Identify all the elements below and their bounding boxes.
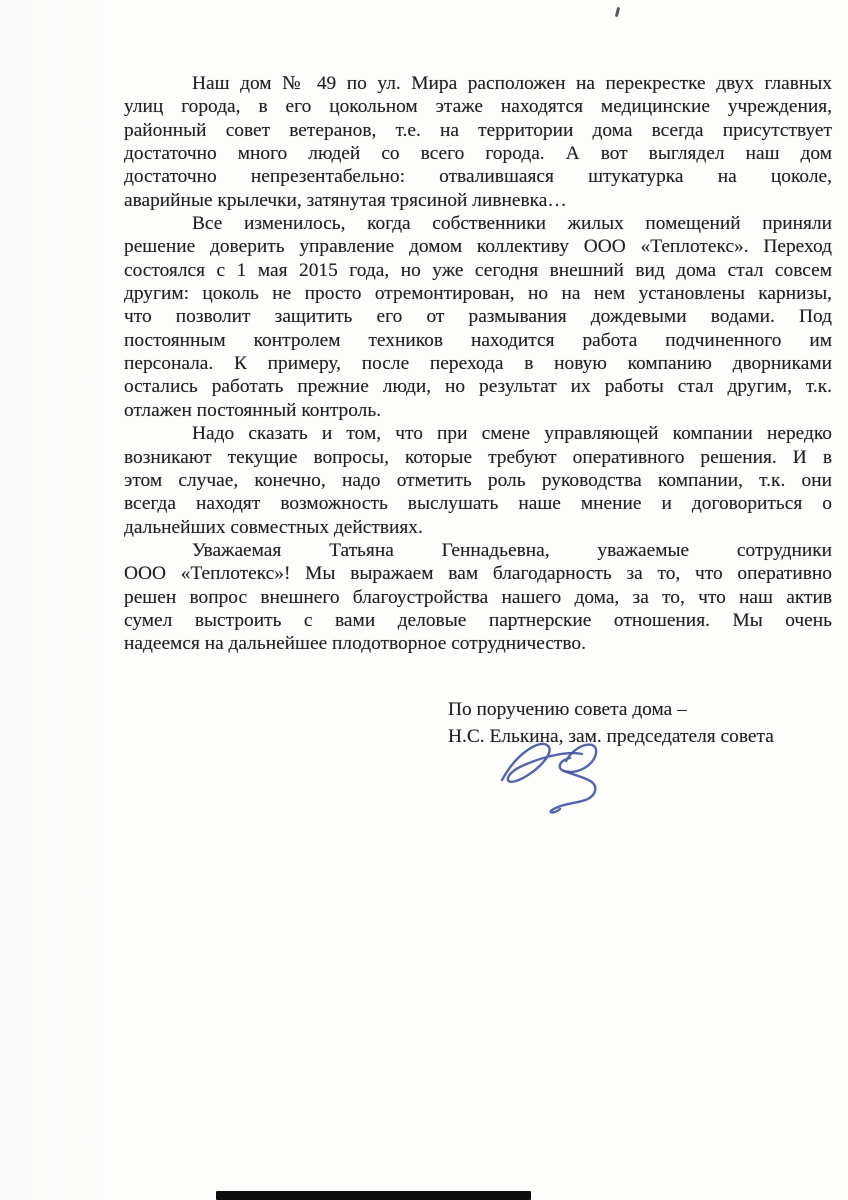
text-line: достаточно непрезентабельно: отвалившаяс… xyxy=(124,165,832,188)
text-line: улиц города, в его цокольном этаже наход… xyxy=(124,95,832,118)
text-line: остались работать прежние люди, но резул… xyxy=(124,375,832,398)
text-line: решение доверить управление домом коллек… xyxy=(124,235,832,258)
text-line: постоянным контролем техников находится … xyxy=(124,329,832,352)
closing-salutation: По поручению совета дома – xyxy=(448,696,832,723)
text-line: дальнейших совместных действиях. xyxy=(124,516,832,539)
text-line: достаточно много людей со всего города. … xyxy=(124,142,832,165)
text-line: надеемся на дальнейшее плодотворное сотр… xyxy=(124,632,832,655)
scan-edge-bar-artifact xyxy=(216,1191,531,1200)
scanned-letter-page: Наш дом № 49 по ул. Мира расположен на п… xyxy=(0,0,848,1200)
text-line: возникают текущие вопросы, которые требу… xyxy=(124,446,832,469)
text-line: сумел выстроить с вами деловые партнерск… xyxy=(124,609,832,632)
signature-stroke-3 xyxy=(551,771,596,813)
text-line: районный совет ветеранов, т.е. на террит… xyxy=(124,119,832,142)
text-line: другим: цоколь не просто отремонтирован,… xyxy=(124,282,832,305)
paragraph: Все изменилось, когда собственники жилых… xyxy=(124,212,832,422)
text-line: что позволит защитить его от размывания … xyxy=(124,305,832,328)
text-line: этом случае, конечно, надо отметить роль… xyxy=(124,469,832,492)
text-line: всегда находят возможность выслушать наш… xyxy=(124,492,832,515)
text-line: ООО «Теплотекс»! Мы выражаем вам благода… xyxy=(124,562,832,585)
text-line: отлажен постоянный контроль. xyxy=(124,399,832,422)
text-line: аварийные крылечки, затянутая трясиной л… xyxy=(124,189,832,212)
text-line: Все изменилось, когда собственники жилых… xyxy=(124,212,832,235)
text-line: Уважаемая Татьяна Геннадьевна, уважаемые… xyxy=(124,539,832,562)
signature-stroke-1 xyxy=(502,744,582,782)
paragraph: Уважаемая Татьяна Геннадьевна, уважаемые… xyxy=(124,539,832,656)
paragraph: Надо сказать и том, что при смене управл… xyxy=(124,422,832,539)
text-line: Наш дом № 49 по ул. Мира расположен на п… xyxy=(124,72,832,95)
letter-body: Наш дом № 49 по ул. Мира расположен на п… xyxy=(124,72,832,750)
handwritten-signature xyxy=(494,730,630,816)
scan-speck-artifact xyxy=(615,7,620,17)
text-line: Надо сказать и том, что при смене управл… xyxy=(124,422,832,445)
text-line: решен вопрос внешнего благоустройства на… xyxy=(124,586,832,609)
text-line: состоялся с 1 мая 2015 года, но уже сего… xyxy=(124,259,832,282)
signature-stroke-2 xyxy=(560,745,596,772)
paragraph: Наш дом № 49 по ул. Мира расположен на п… xyxy=(124,72,832,212)
text-line: персонала. К примеру, после перехода в н… xyxy=(124,352,832,375)
